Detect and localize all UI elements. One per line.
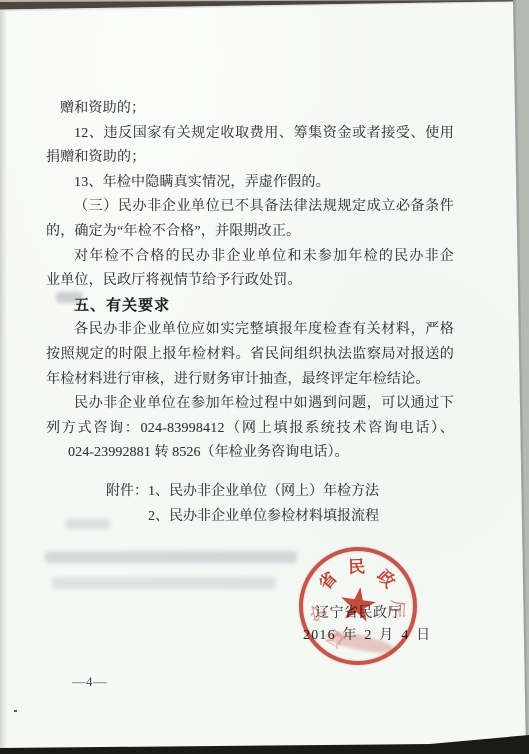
text-line: 对年检不合格的民办非企业单位和未参加年检的民办非企 [46,245,454,270]
seal-arc-char: 省 [312,565,342,594]
text-line: 年检材料进行审核，进行财务审计抽查，最终评定年检结论。 [46,368,454,393]
seal-arc-char: 厅 [386,600,412,619]
official-seal: ★ 辽宁省民政厅 [299,547,417,665]
scan-edge-left [0,0,7,754]
scanned-page: 赠和资助的；12、违反国家有关规定收取费用、筹集资金或者接受、使用捐赠和资助的；… [0,0,529,754]
text-line: 列方式咨询：024-83998412（网上填报系统技术咨询电话）、 [46,417,454,442]
text-line: 捐赠和资助的； [46,146,454,171]
scan-edge-right-shade [513,0,528,754]
scan-edge-right-band [513,0,529,754]
text-line: 按照规定的时限上报年检材料。省民间组织执法监察局对报送的 [46,343,454,368]
scan-edge-bottom-dark [0,735,529,754]
text-line: 13、年检中隐瞒真实情况，弄虚作假的。 [46,171,454,196]
text-line: 各民办非企业单位应如实完整填报年度检查有关材料，严格 [46,318,454,343]
scan-edge-top-highlight [0,1,529,12]
scan-edge-top-dark [0,0,529,10]
scan-edge-top-gray [0,0,529,2]
seal-arc-char: 宁 [304,603,332,624]
bleed-through-artifact [52,577,276,589]
page-number: —4— [72,674,108,690]
text-line: 民办非企业单位在参加年检过程中如遇到问题，可以通过下 [46,392,454,417]
bleed-through-artifact [45,551,297,563]
text-line: 的，确定为“年检不合格”，并限期改正。 [46,220,454,245]
text-line: 12、违反国家有关规定收取费用、筹集资金或者接受、使用 [46,122,454,147]
attachment-line-1: 附件：1、民办非企业单位（网上）年检方法 [46,480,454,505]
text-line: 业单位，民政厅将视情节给予行政处罚。 [46,269,454,294]
document-body: 赠和资助的；12、违反国家有关规定收取费用、筹集资金或者接受、使用捐赠和资助的；… [46,97,454,466]
text-line: 五、有关要求 [46,294,454,319]
scan-speck [14,710,17,712]
seal-arc-char: 政 [373,563,403,593]
text-line: 赠和资助的； [46,97,454,122]
text-line: 024-23992881 转 8526（年检业务咨询电话）。 [46,441,454,466]
bleed-through-artifact [56,292,83,303]
bleed-through-artifact [66,519,110,529]
seal-arc-char: 民 [348,552,366,578]
text-line: （三）民办非企业单位已不具备法律法规规定成立必备条件 [46,195,454,220]
